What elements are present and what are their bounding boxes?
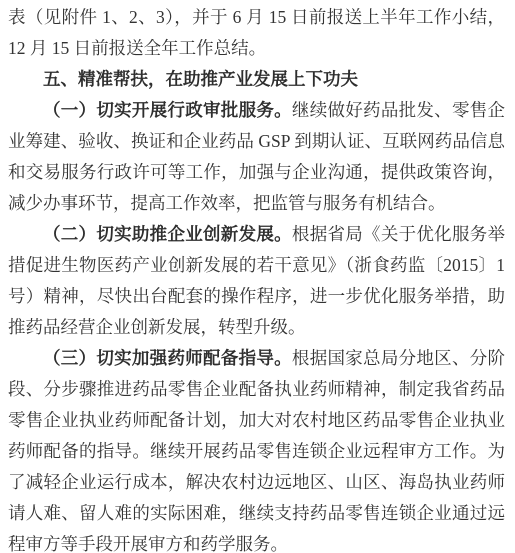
paragraph-2: （二）切实助推企业创新发展。根据省局《关于优化服务举措促进生物医药产业创新发展的… — [8, 219, 505, 343]
paragraph-1-lead: （一）切实开展行政审批服务。 — [43, 100, 292, 120]
paragraph-3-body: 根据国家总局分地区、分阶段、分步骤推进药品零售企业配备执业药师精神，制定我省药品… — [8, 348, 505, 553]
paragraph-3-lead: （三）切实加强药师配备指导。 — [43, 348, 292, 368]
paragraph-1: （一）切实开展行政审批服务。继续做好药品批发、零售企业筹建、验收、换证和企业药品… — [8, 95, 505, 219]
paragraph-3: （三）切实加强药师配备指导。根据国家总局分地区、分阶段、分步骤推进药品零售企业配… — [8, 343, 505, 553]
paragraph-2-lead: （二）切实助推企业创新发展。 — [43, 224, 292, 244]
section-heading: 五、精准帮扶，在助推产业发展上下功夫 — [8, 64, 505, 95]
continuation-paragraph: 表（见附件 1、2、3），并于 6 月 15 日前报送上半年工作小结，12 月 … — [8, 2, 505, 64]
document-page: 表（见附件 1、2、3），并于 6 月 15 日前报送上半年工作小结，12 月 … — [0, 0, 515, 553]
